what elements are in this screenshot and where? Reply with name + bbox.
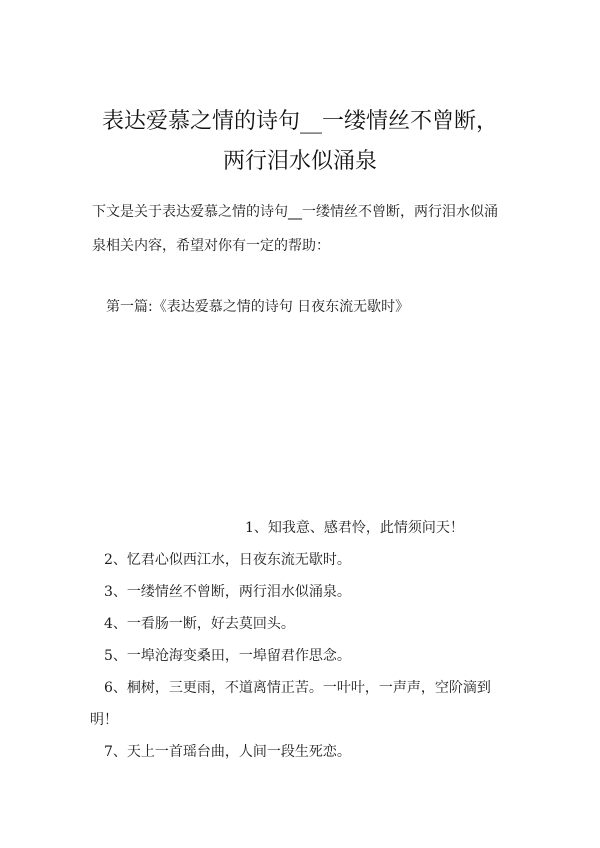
poem-line-1: 1、知我意、感君怜，此情须问天！ xyxy=(245,518,464,538)
intro-paragraph-line-1: 下文是关于表达爱慕之情的诗句__一缕情丝不曾断，两行泪水似涌 xyxy=(92,202,498,222)
intro-paragraph-line-2: 泉相关内容，希望对你有一定的帮助： xyxy=(92,236,330,256)
poem-line-2: 2、忆君心似西江水，日夜东流无歇时。 xyxy=(104,550,351,570)
poem-line-7: 7、天上一首瑶台曲，人间一段生死恋。 xyxy=(104,742,351,762)
poem-line-3: 3、一缕情丝不曾断，两行泪水似涌泉。 xyxy=(104,582,351,602)
document-title-line-2: 两行泪水似涌泉 xyxy=(60,146,540,178)
poem-line-5: 5、一埠沧海变桑田，一埠留君作思念。 xyxy=(104,646,351,666)
poem-line-4: 4、一看肠一断，好去莫回头。 xyxy=(104,614,295,634)
document-title-line-1: 表达爱慕之情的诗句__一缕情丝不曾断， xyxy=(60,106,540,138)
chapter-heading: 第一篇:《表达爱慕之情的诗句 日夜东流无歇时》 xyxy=(106,297,409,317)
document-page: 表达爱慕之情的诗句__一缕情丝不曾断， 两行泪水似涌泉 下文是关于表达爱慕之情的… xyxy=(0,0,600,848)
poem-line-6-continued: 明！ xyxy=(90,710,118,730)
poem-line-6: 6、桐树，三更雨，不道离情正苦。一叶叶，一声声，空阶滴到 xyxy=(104,678,491,698)
